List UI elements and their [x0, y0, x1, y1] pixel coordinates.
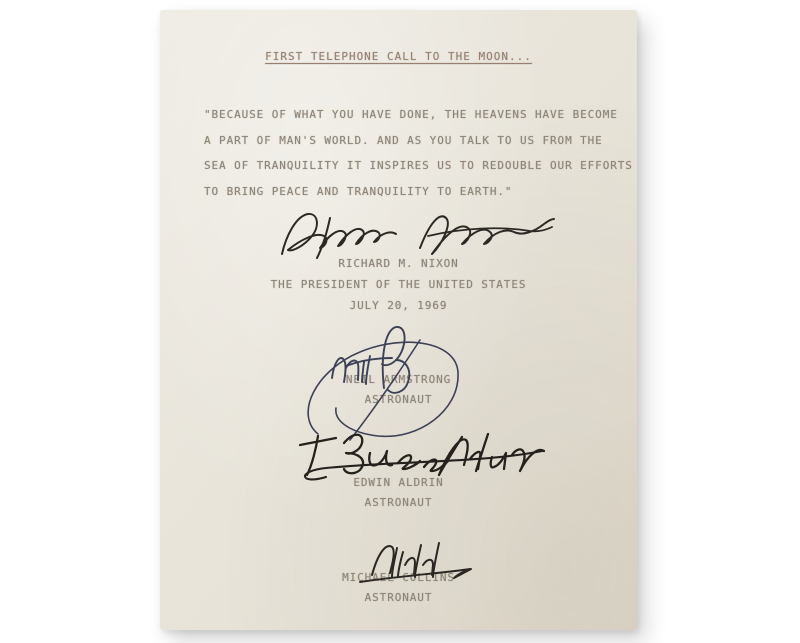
- document-title: FIRST TELEPHONE CALL TO THE MOON...: [160, 50, 637, 63]
- aldrin-signature: [286, 423, 548, 487]
- nixon-date: JULY 20, 1969: [160, 295, 637, 316]
- collins-signature: [340, 535, 490, 589]
- quote-line-2: A PART OF MAN'S WORLD. AND AS YOU TALK T…: [204, 128, 633, 154]
- quote-line-3: SEA OF TRANQUILITY IT INSPIRES US TO RED…: [204, 153, 633, 179]
- nixon-signature: [272, 206, 557, 266]
- quote-line-1: "BECAUSE OF WHAT YOU HAVE DONE, THE HEAV…: [204, 102, 633, 128]
- quote-paragraph: "BECAUSE OF WHAT YOU HAVE DONE, THE HEAV…: [204, 102, 633, 204]
- photo-background: FIRST TELEPHONE CALL TO THE MOON... "BEC…: [0, 0, 800, 643]
- nixon-title: THE PRESIDENT OF THE UNITED STATES: [160, 274, 637, 295]
- aldrin-role: ASTRONAUT: [160, 493, 637, 513]
- collins-role: ASTRONAUT: [160, 588, 637, 608]
- document-paper: FIRST TELEPHONE CALL TO THE MOON... "BEC…: [160, 10, 637, 630]
- quote-line-4: TO BRING PEACE AND TRANQUILITY TO EARTH.…: [204, 179, 633, 205]
